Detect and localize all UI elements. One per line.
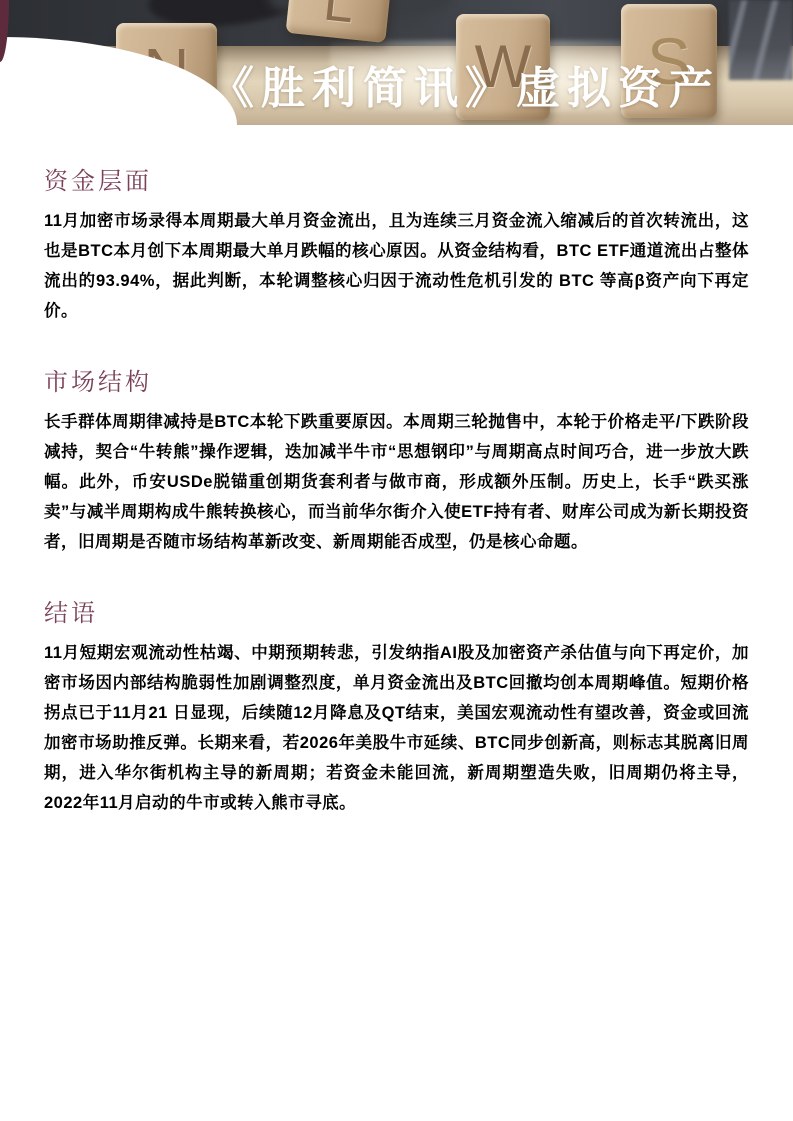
section-heading-market-structure: 市场结构 bbox=[44, 362, 749, 397]
section-heading-funding: 资金层面 bbox=[44, 161, 749, 196]
section-heading-conclusion: 结语 bbox=[44, 593, 749, 628]
section-funding: 资金层面 11月加密市场录得本周期最大单月资金流出，且为连续三月资金流入缩减后的… bbox=[44, 161, 749, 326]
header-photo: N L W S 《胜利简讯》虚拟资产 bbox=[0, 0, 793, 125]
newsletter-page: N L W S 《胜利简讯》虚拟资产 资金层面 11月加密市场录得本周期最大单月… bbox=[0, 0, 793, 1121]
photo-person-blur bbox=[729, 0, 793, 80]
section-conclusion: 结语 11月短期宏观流动性枯竭、中期预期转悲，引发纳指AI股及加密资产杀估值与向… bbox=[44, 593, 749, 818]
newsletter-content: 资金层面 11月加密市场录得本周期最大单月资金流出，且为连续三月资金流入缩减后的… bbox=[0, 161, 793, 818]
section-body-funding: 11月加密市场录得本周期最大单月资金流出，且为连续三月资金流入缩减后的首次转流出… bbox=[44, 206, 749, 326]
block-letter-l: L bbox=[320, 0, 356, 39]
section-body-conclusion: 11月短期宏观流动性枯竭、中期预期转悲，引发纳指AI股及加密资产杀估值与向下再定… bbox=[44, 638, 749, 818]
newsletter-title: 《胜利简讯》虚拟资产 bbox=[210, 52, 720, 116]
section-body-market-structure: 长手群体周期律减持是BTC本轮下跌重要原因。本周期三轮抛售中，本轮于价格走平/下… bbox=[44, 407, 749, 557]
section-market-structure: 市场结构 长手群体周期律减持是BTC本轮下跌重要原因。本周期三轮抛售中，本轮于价… bbox=[44, 362, 749, 557]
